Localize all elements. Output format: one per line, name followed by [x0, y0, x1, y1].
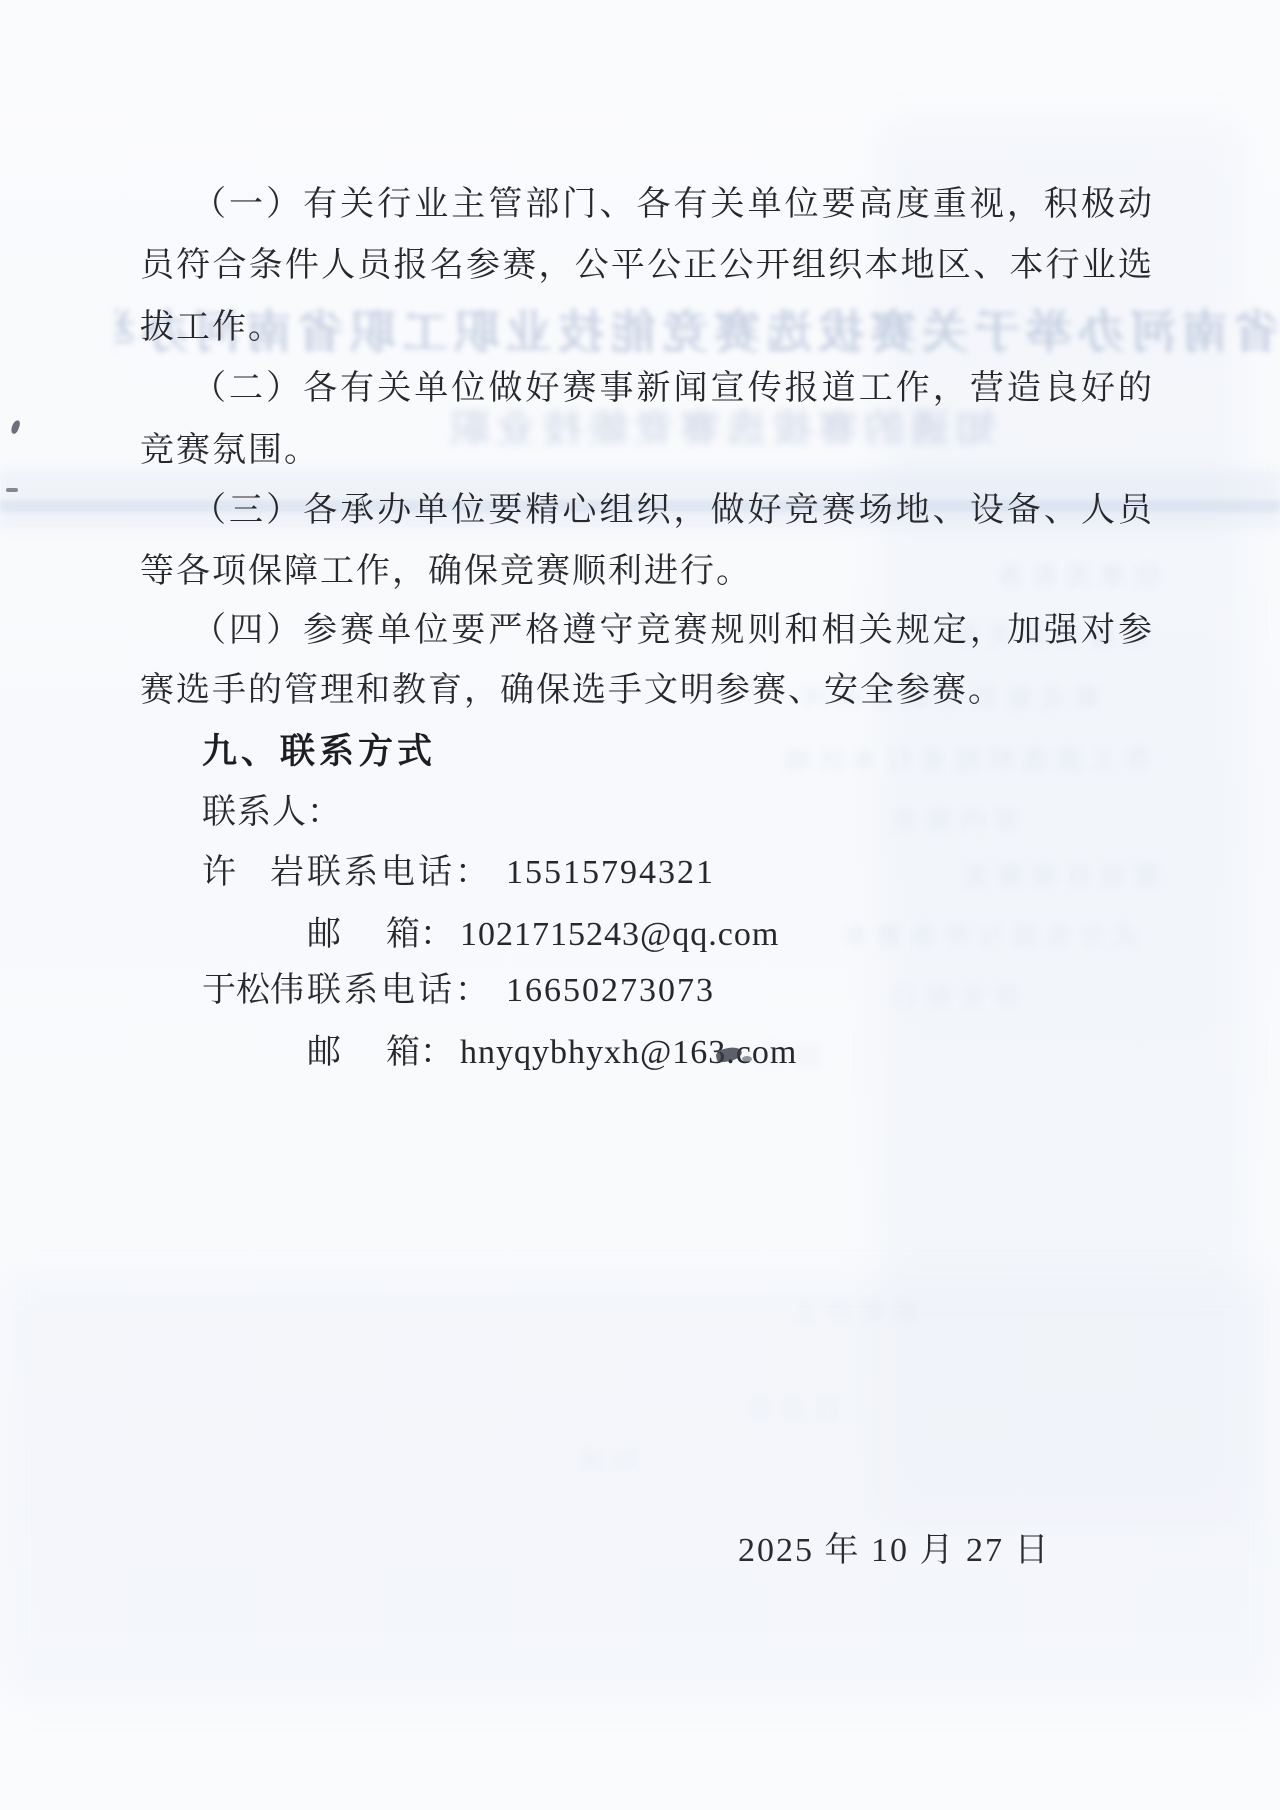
paragraph-4-line-2: 赛选手的管理和教育，确保选手文明参赛、安全参赛。	[140, 668, 1152, 714]
email-address: hnyqybhyxh@163.com	[460, 1030, 797, 1076]
scanned-document-page: 省南河办举于关赛拔选赛竞能技业职工职省南河办举于关通 知通的赛拔选赛竞能技业职 …	[0, 0, 1280, 1810]
section-heading-contact-info: 九、联系方式	[202, 729, 1102, 775]
contact-row-email: 邮箱：1021715243@qq.com	[202, 912, 1214, 958]
scan-ink-mark	[10, 419, 21, 434]
paragraph-4-line-1: （四）参赛单位要严格遵守竞赛规则和相关规定，加强对参	[140, 608, 1152, 654]
email-address: 1021715243@qq.com	[460, 912, 779, 958]
phone-number: 15515794321	[506, 850, 715, 896]
scan-texture-patch	[0, 1280, 1280, 1700]
email-label-lead: 邮	[307, 912, 342, 958]
contact-row-phone: 于松伟联系电话：16650273073	[202, 968, 1214, 1014]
email-label-tail: 箱：	[386, 912, 454, 958]
contact-name: 许 岩	[202, 850, 307, 896]
document-date: 2025 年 10 月 27 日	[738, 1522, 1051, 1571]
bleedthrough-faint-line: 知通	[380, 1440, 640, 1472]
contact-row-email: 邮箱：hnyqybhyxh@163.com	[202, 1030, 1214, 1076]
scan-ink-mark	[6, 488, 18, 492]
phone-label: 联系电话：	[307, 850, 492, 896]
paragraph-1-line-3: 拔工作。	[140, 305, 1152, 351]
paragraph-1-line-1: （一）有关行业主管部门、各有关单位要高度重视，积极动	[140, 182, 1152, 228]
paragraph-2-line-2: 竞赛氛围。	[140, 428, 1152, 474]
phone-number: 16650273073	[506, 968, 715, 1014]
bleedthrough-faint-line: 日月年	[640, 1390, 840, 1422]
phone-label: 联系电话：	[307, 968, 492, 1014]
contact-row-phone: 许 岩联系电话：15515794321	[202, 850, 1214, 896]
contact-intro-label: 联系人：	[202, 790, 1214, 836]
paragraph-3-line-2: 等各项保障工作，确保竞赛顺利进行。	[140, 549, 1152, 595]
email-label-tail: 箱：	[386, 1030, 454, 1076]
email-label-lead: 邮	[307, 1030, 342, 1076]
paragraph-3-line-1: （三）各承办单位要精心组织，做好竞赛场地、设备、人员	[140, 488, 1152, 534]
contact-name: 于松伟	[202, 968, 307, 1014]
paragraph-1-line-2: 员符合条件人员报名参赛，公平公正公开组织本地区、本行业选	[140, 243, 1152, 289]
paragraph-2-line-1: （二）各有关单位做好赛事新闻宣传报道工作，营造良好的	[140, 366, 1152, 412]
bleedthrough-faint-line: 求要作工	[660, 1292, 920, 1324]
